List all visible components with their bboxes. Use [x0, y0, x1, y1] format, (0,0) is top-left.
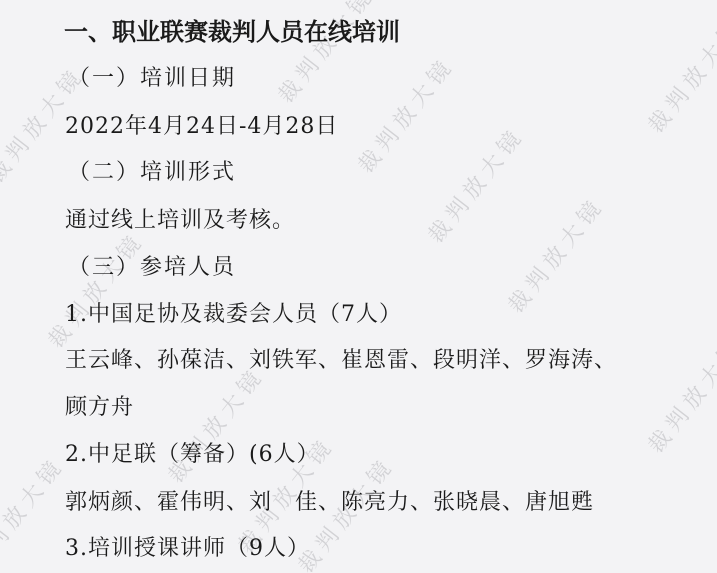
training-date: 2022年4月24日-4月28日 — [65, 112, 338, 142]
group-names-cfa-line2: 顾方舟 — [65, 393, 134, 423]
training-format: 通过线上培训及考核。 — [65, 206, 295, 236]
group-title-csl: 2.中足联（筹备）(6人） — [65, 440, 320, 470]
group-title-cfa: 1.中国足协及裁委会人员（7人） — [65, 300, 402, 330]
subsection-heading-date: （一）培训日期 — [68, 64, 236, 94]
subsection-heading-format: （二）培训形式 — [68, 158, 236, 188]
document: 一、职业联赛裁判人员在线培训 （一）培训日期 2022年4月24日-4月28日 … — [0, 0, 717, 573]
group-names-csl: 郭炳颜、霍伟明、刘 佳、陈亮力、张晓晨、唐旭甦 — [65, 488, 594, 518]
group-title-lecturers: 3.培训授课讲师（9人） — [65, 534, 310, 564]
group-names-cfa-line1: 王云峰、孙葆洁、刘铁军、崔恩雷、段明洋、罗海涛、 — [65, 346, 617, 376]
section-title: 一、职业联赛裁判人员在线培训 — [64, 17, 400, 47]
subsection-heading-participants: （三）参培人员 — [68, 253, 236, 283]
